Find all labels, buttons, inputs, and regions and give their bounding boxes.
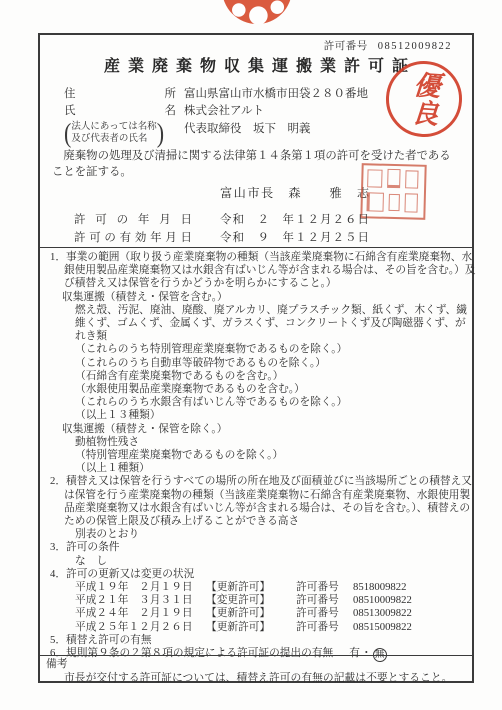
address-value: 富山県富山市水橋市田袋２８０番地: [184, 86, 368, 103]
section1-head: 1．事業の範囲（取り扱う産業廃棄物の種類（当該産業廃棄物に石綿含有産業廃棄物、水: [50, 251, 464, 264]
waste-note-line: （石綿含有産業廃棄物であるものを含む。）: [75, 370, 464, 383]
remarks-label: 備考: [46, 658, 464, 672]
expiry-date-row: 許可の有効年月日 令和 ９ 年１２月２５日: [74, 229, 370, 247]
permit-number-line: 許可番号08512009822: [324, 38, 452, 53]
section1-head-cont: び積替え又は保管を行うかどうかを明らかにすること。）: [64, 277, 464, 290]
remarks-text: 市長が交付する許可証については、積替え許可の有無の記載は不要とすること。: [64, 672, 464, 686]
city-emblem-stamp-icon: [222, 0, 292, 24]
renewal-number: 8518009822: [353, 581, 406, 594]
renewal-number-label: 許可番号: [296, 594, 353, 607]
renewal-history-row: 平成２１年 ３月３１日 【変更許可】 許可番号 08510009822: [75, 594, 464, 607]
renewal-date: 平成１９年 ２月１９日: [75, 581, 206, 594]
renewal-number: 08515009822: [353, 621, 412, 634]
permit-dates-block: 許可の年月日 令和 ２ 年１２月２６日 許可の有効年月日 令和 ９ 年１２月２５…: [74, 211, 370, 247]
renewal-date: 平成２４年 ２月１９日: [75, 607, 206, 620]
grant-date-value: 令和 ２ 年１２月２６日: [220, 211, 370, 229]
section3-answer: な し: [75, 555, 464, 568]
expiry-date-label: 許可の有効年月日: [74, 229, 192, 247]
waste-type-line: 燃え殻、汚泥、廃油、廃酸、廃アルカリ、廃プラスチック類、紙くず、木くず、繊: [75, 304, 464, 317]
waste-note-line: （これらのうち特別管理産業廃棄物であるものを除く。）: [75, 343, 464, 356]
mayor-signature: 富山市長 森 雅 志: [220, 184, 371, 201]
renewal-number: 08513009822: [353, 607, 412, 620]
section2-head-cont: は保管を行う産業廃棄物の種類（当該産業廃棄物に石綿含有産業廃棄物、水銀使用製: [64, 489, 464, 502]
address-label: 住 所: [64, 86, 176, 103]
section5-head: 5．積替え許可の有無: [50, 634, 464, 647]
renewal-number-label: 許可番号: [296, 607, 353, 620]
section3-head: 3．許可の条件: [50, 541, 464, 554]
grant-date-row: 許可の年月日 令和 ２ 年１２月２６日: [74, 211, 370, 229]
permit-certificate-frame: 許可番号08512009822 産業廃棄物収集運搬業許可証 住 所 富山県富山市…: [38, 33, 474, 683]
section2-answer: 別表のとおり: [75, 528, 464, 541]
corporate-note: ( 法人にあっては名称 及び代表者の氏名 ): [64, 121, 184, 145]
waste-note-line: （特別管理産業廃棄物であるものを除く。）: [75, 449, 464, 462]
close-paren: ): [157, 126, 164, 141]
renewal-type: 【更新許可】: [206, 621, 296, 634]
renewal-date: 平成２１年 ３月３１日: [75, 594, 206, 607]
renewal-history-row: 平成２５年１２月２６日 【更新許可】 許可番号 08515009822: [75, 621, 464, 634]
expiry-date-value: 令和 ９ 年１２月２５日: [220, 229, 370, 247]
corporate-note-line2: 及び代表者の氏名: [71, 134, 147, 144]
renewal-number-label: 許可番号: [296, 621, 353, 634]
permit-number-value: 08512009822: [378, 41, 452, 52]
certification-line1: 廃棄物の処理及び清掃に関する法律第１４条第１項の許可を受けた者である: [52, 149, 456, 165]
numbered-sections: 1．事業の範囲（取り扱う産業廃棄物の種類（当該産業廃棄物に石綿含有産業廃棄物、水…: [40, 247, 472, 655]
renewal-date: 平成２５年１２月２６日: [75, 621, 206, 634]
open-paren: (: [64, 126, 71, 141]
renewal-history-row: 平成１９年 ２月１９日 【更新許可】 許可番号 8518009822: [75, 581, 464, 594]
renewal-history-row: 平成２４年 ２月１９日 【更新許可】 許可番号 08513009822: [75, 607, 464, 620]
representative-value: 代表取締役 坂下 明義: [184, 121, 311, 145]
waste-count-line: （以上１種類）: [75, 462, 464, 475]
renewal-type: 【更新許可】: [206, 581, 296, 594]
waste-note-line: （水銀使用製品産業廃棄物であるものを含む。）: [75, 383, 464, 396]
corporate-note-line1: 法人にあっては名称: [71, 122, 156, 132]
section2-head-cont: ための保管上限及び積み上げることができる高さ: [64, 515, 464, 528]
waste-type-line: 維くず、ゴムくず、金属くず、ガラスくず、コンクリートくず及び陶磁器くず、が: [75, 317, 464, 330]
renewal-type: 【更新許可】: [206, 607, 296, 620]
waste-type-line: れき類: [75, 330, 464, 343]
corporate-note-text: 法人にあっては名称 及び代表者の氏名: [71, 121, 156, 145]
name-value: 株式会社アルト: [184, 103, 264, 120]
remarks-box: 備考 市長が交付する許可証については、積替え許可の有無の記載は不要とすること。: [40, 655, 472, 681]
waste-note-line: （これらのうち水銀含有ばいじん等であるものを除く。）: [75, 396, 464, 409]
section1-head-cont: 銀使用製品産業廃棄物又は水銀含有ばいじん等が含まれる場合は、その旨を含む。）及: [64, 264, 464, 277]
section4-head: 4．許可の更新又は変更の状況: [50, 568, 464, 581]
renewal-type: 【変更許可】: [206, 594, 296, 607]
waste-type-line: 動植物性残さ: [75, 436, 464, 449]
collection-with-transfer: 収集運搬（積替え・保管を含む。）: [62, 291, 464, 304]
renewal-number-label: 許可番号: [296, 581, 353, 594]
collection-without-transfer: 収集運搬（積替え・保管を除く。）: [62, 423, 464, 436]
mayor-seal-icon: [360, 163, 426, 220]
scanned-permit-page: 許可番号08512009822 産業廃棄物収集運搬業許可証 住 所 富山県富山市…: [0, 0, 502, 710]
section2-head: 2．積替え又は保管を行うすべての場所の所在地及び面積並びに当該場所ごとの積替え又: [50, 475, 464, 488]
section2-head-cont: 品産業廃棄物又は水銀含有ばいじん等が含まれる場合は、その旨を含む。）、積替えの: [64, 502, 464, 515]
permit-number-label: 許可番号: [324, 41, 368, 52]
waste-note-line: （これらのうち自動車等破砕物であるものを除く。）: [75, 357, 464, 370]
renewal-number: 08510009822: [353, 594, 412, 607]
grant-date-label: 許可の年月日: [74, 211, 192, 229]
waste-count-line: （以上１３種類）: [75, 409, 464, 422]
